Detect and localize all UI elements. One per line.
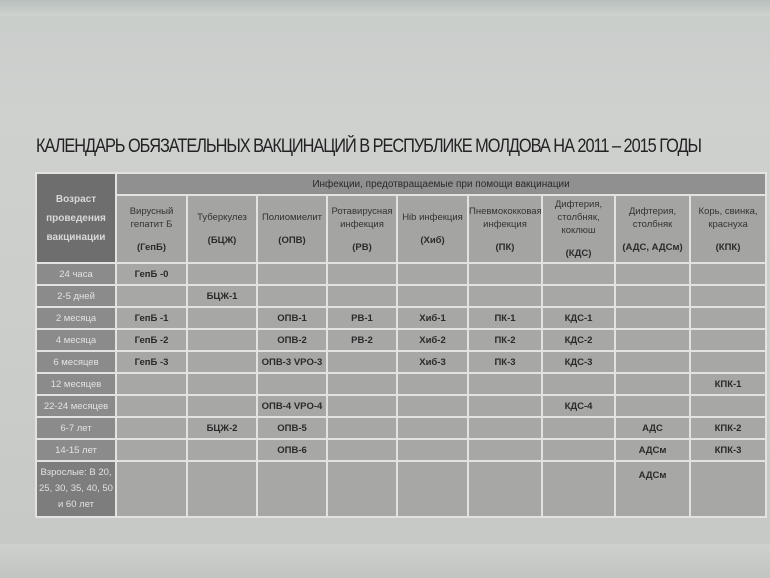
vaccine-cell <box>615 307 690 329</box>
vaccine-cell: ПК-1 <box>468 307 542 329</box>
vaccine-cell <box>257 285 327 307</box>
vaccine-cell: ОПВ-4 VPO-4 <box>257 395 327 417</box>
column-header: Туберкулез(БЦЖ) <box>187 195 257 263</box>
vaccine-cell <box>468 285 542 307</box>
age-cell: 2 месяца <box>36 307 116 329</box>
table-body: 24 часаГепБ -02-5 днейБЦЖ-12 месяцаГепБ … <box>36 263 766 517</box>
vaccine-cell: БЦЖ-1 <box>187 285 257 307</box>
column-header-abbr: (АДС, АДСм) <box>616 241 689 254</box>
column-header: Вирусный гепатит Б(ГепБ) <box>116 195 187 263</box>
column-header: Дифтерия, столбняк, коклюш(КДС) <box>542 195 615 263</box>
vaccine-cell: ОПВ-1 <box>257 307 327 329</box>
infections-group-header: Инфекции, предотвращаемые при помощи вак… <box>116 173 766 195</box>
vaccine-cell <box>542 263 615 285</box>
vaccine-cell: РВ-1 <box>327 307 397 329</box>
table-row: 22-24 месяцевОПВ-4 VPO-4КДС-4 <box>36 395 766 417</box>
vaccine-cell <box>615 373 690 395</box>
vaccine-cell <box>690 307 766 329</box>
age-cell: 2-5 дней <box>36 285 116 307</box>
vaccine-cell <box>187 461 257 517</box>
vaccine-cell <box>327 285 397 307</box>
column-header: Дифтерия, столбняк(АДС, АДСм) <box>615 195 690 263</box>
vaccine-cell <box>690 285 766 307</box>
table-row: 14-15 летОПВ-6АДСмКПК-3 <box>36 439 766 461</box>
vaccine-cell <box>116 417 187 439</box>
vaccine-cell: ГепБ -2 <box>116 329 187 351</box>
table-row: 6 месяцевГепБ -3ОПВ-3 VPO-3Хиб-3ПК-3КДС-… <box>36 351 766 373</box>
age-cell: 6 месяцев <box>36 351 116 373</box>
vaccine-cell: КПК-3 <box>690 439 766 461</box>
table-row: 2-5 днейБЦЖ-1 <box>36 285 766 307</box>
age-column-header: Возраст проведения вакцинации <box>36 173 116 263</box>
column-header: Корь, свинка, краснуха(КПК) <box>690 195 766 263</box>
column-header-name: Вирусный гепатит Б <box>130 206 174 230</box>
vaccine-cell: АДСм <box>615 461 690 517</box>
vaccine-cell: Хиб-3 <box>397 351 468 373</box>
table-row: 4 месяцаГепБ -2ОПВ-2РВ-2Хиб-2ПК-2КДС-2 <box>36 329 766 351</box>
age-cell: 4 месяца <box>36 329 116 351</box>
vaccine-cell: ОПВ-2 <box>257 329 327 351</box>
vaccine-cell: КДС-3 <box>542 351 615 373</box>
vaccine-cell <box>542 461 615 517</box>
vaccine-cell <box>615 285 690 307</box>
vaccine-cell <box>327 417 397 439</box>
column-header-name: Ротавирусная инфекция <box>331 206 392 230</box>
vaccine-cell <box>397 439 468 461</box>
vaccine-cell <box>542 439 615 461</box>
column-header-row: Вирусный гепатит Б(ГепБ)Туберкулез(БЦЖ)П… <box>36 195 766 263</box>
vaccine-cell: КДС-4 <box>542 395 615 417</box>
vaccine-cell: ОПВ-5 <box>257 417 327 439</box>
vaccine-cell <box>327 263 397 285</box>
vaccine-cell: КДС-2 <box>542 329 615 351</box>
vaccine-cell <box>257 373 327 395</box>
age-cell: 12 месяцев <box>36 373 116 395</box>
vaccine-cell <box>187 395 257 417</box>
vaccine-cell <box>327 461 397 517</box>
column-header-abbr: (КДС) <box>543 247 614 260</box>
age-cell: Взрослые: В 20, 25, 30, 35, 40, 50 и 60 … <box>36 461 116 517</box>
column-header-abbr: (Хиб) <box>398 234 467 247</box>
vaccine-cell <box>187 351 257 373</box>
paper-edge <box>0 0 770 16</box>
vaccine-cell <box>397 373 468 395</box>
vaccine-cell <box>327 351 397 373</box>
vaccine-cell: ГепБ -1 <box>116 307 187 329</box>
vaccine-cell <box>116 285 187 307</box>
vaccine-cell <box>327 373 397 395</box>
column-header: Ротавирусная инфекция(РВ) <box>327 195 397 263</box>
column-header: Пневмококковая инфекция(ПК) <box>468 195 542 263</box>
vaccine-cell <box>116 373 187 395</box>
vaccine-cell: РВ-2 <box>327 329 397 351</box>
vaccine-cell: ПК-2 <box>468 329 542 351</box>
vaccine-cell <box>257 263 327 285</box>
vaccine-cell <box>116 439 187 461</box>
vaccine-cell: Хиб-2 <box>397 329 468 351</box>
vaccine-cell <box>468 461 542 517</box>
vaccine-cell: АДСм <box>615 439 690 461</box>
vaccine-cell <box>615 395 690 417</box>
column-header-abbr: (РВ) <box>328 241 396 254</box>
column-header-name: Корь, свинка, краснуха <box>699 206 758 230</box>
column-header-name: Пневмококковая инфекция <box>469 206 542 230</box>
column-header: Hib инфекция(Хиб) <box>397 195 468 263</box>
vaccine-cell <box>468 417 542 439</box>
vaccine-cell <box>615 351 690 373</box>
vaccine-cell <box>397 461 468 517</box>
column-header-abbr: (БЦЖ) <box>188 234 256 247</box>
vaccine-cell: ОПВ-6 <box>257 439 327 461</box>
vaccine-cell <box>187 263 257 285</box>
vaccine-cell <box>116 461 187 517</box>
age-cell: 14-15 лет <box>36 439 116 461</box>
document-title: КАЛЕНДАРЬ ОБЯЗАТЕЛЬНЫХ ВАКЦИНАЦИЙ В РЕСП… <box>36 136 701 158</box>
column-header-name: Hib инфекция <box>402 212 463 223</box>
vaccine-cell: АДС <box>615 417 690 439</box>
age-cell: 24 часа <box>36 263 116 285</box>
vaccine-cell <box>690 395 766 417</box>
column-header-abbr: (ПК) <box>469 241 541 254</box>
vaccine-cell <box>327 395 397 417</box>
column-header-abbr: (ГепБ) <box>117 241 186 254</box>
vaccine-cell <box>542 417 615 439</box>
vaccine-cell <box>542 285 615 307</box>
vaccine-cell <box>187 373 257 395</box>
vaccine-cell <box>187 439 257 461</box>
column-header-name: Полиомиелит <box>262 212 322 223</box>
table-row: 12 месяцевКПК-1 <box>36 373 766 395</box>
vaccine-cell: ГепБ -3 <box>116 351 187 373</box>
vaccine-cell <box>187 329 257 351</box>
vaccine-cell <box>116 395 187 417</box>
vaccine-cell: ОПВ-3 VPO-3 <box>257 351 327 373</box>
vaccine-cell <box>468 263 542 285</box>
vaccine-cell <box>397 263 468 285</box>
column-header: Полиомиелит(ОПВ) <box>257 195 327 263</box>
paper-bottom <box>0 544 770 578</box>
vaccine-cell <box>397 285 468 307</box>
vaccine-cell <box>327 439 397 461</box>
column-header-name: Дифтерия, столбняк <box>629 206 676 230</box>
vaccine-cell <box>615 263 690 285</box>
column-header-name: Туберкулез <box>197 212 247 223</box>
column-header-name: Дифтерия, столбняк, коклюш <box>555 199 602 236</box>
age-cell: 22-24 месяцев <box>36 395 116 417</box>
vaccine-cell: КПК-2 <box>690 417 766 439</box>
table-row: 2 месяцаГепБ -1ОПВ-1РВ-1Хиб-1ПК-1КДС-1 <box>36 307 766 329</box>
vaccine-cell <box>257 461 327 517</box>
vaccine-cell: КДС-1 <box>542 307 615 329</box>
vaccination-calendar-table: Возраст проведения вакцинации Инфекции, … <box>35 172 767 518</box>
vaccine-cell <box>468 373 542 395</box>
vaccine-cell <box>468 439 542 461</box>
vaccine-cell: Хиб-1 <box>397 307 468 329</box>
vaccine-cell: КПК-1 <box>690 373 766 395</box>
vaccine-cell <box>690 461 766 517</box>
vaccine-cell <box>397 417 468 439</box>
vaccine-cell <box>187 307 257 329</box>
vaccine-cell: ГепБ -0 <box>116 263 187 285</box>
vaccine-cell <box>397 395 468 417</box>
vaccine-cell <box>542 373 615 395</box>
vaccine-cell <box>615 329 690 351</box>
table-row: 24 часаГепБ -0 <box>36 263 766 285</box>
table-row: Взрослые: В 20, 25, 30, 35, 40, 50 и 60 … <box>36 461 766 517</box>
vaccine-cell <box>690 329 766 351</box>
vaccine-cell <box>690 351 766 373</box>
vaccine-cell: ПК-3 <box>468 351 542 373</box>
vaccine-cell: БЦЖ-2 <box>187 417 257 439</box>
column-header-abbr: (ОПВ) <box>258 234 326 247</box>
column-header-abbr: (КПК) <box>691 241 765 254</box>
age-cell: 6-7 лет <box>36 417 116 439</box>
vaccine-cell <box>690 263 766 285</box>
table-row: 6-7 летБЦЖ-2ОПВ-5АДСКПК-2 <box>36 417 766 439</box>
vaccine-cell <box>468 395 542 417</box>
